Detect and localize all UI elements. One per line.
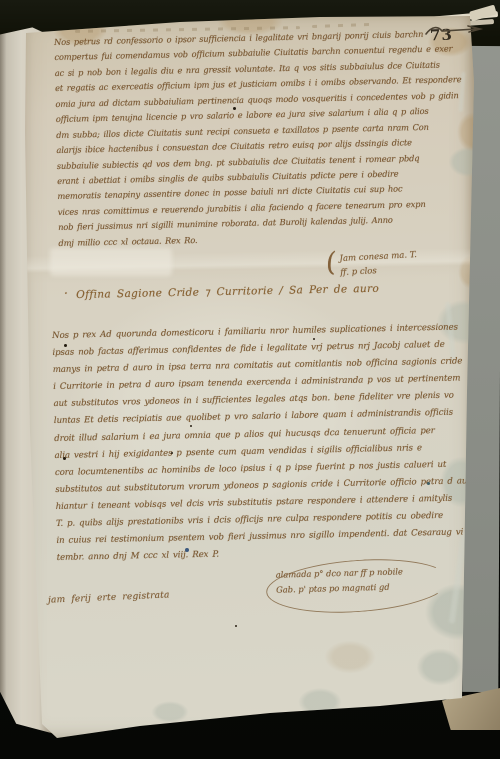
ink-blot (185, 548, 189, 552)
text-line: ff. p clos (340, 264, 418, 282)
ink-blot (171, 452, 173, 454)
ink-blot (235, 625, 237, 627)
entry2-text-block: Nos p rex Ad quorunda domesticoru i fami… (52, 322, 477, 570)
heading-bullet: · (64, 286, 68, 300)
registration-margin-note: Jam conesa ma. T. ff. p clos (339, 250, 418, 282)
pen-flourish (424, 22, 484, 41)
entry1-text-block: Nos petrus rd confessorio o ipsor suffic… (54, 28, 475, 253)
ink-blot (233, 107, 236, 110)
entry2-heading: ·Offina Sagione Cride ⁊ Curritorie / Sa … (64, 281, 379, 302)
ink-blot (64, 344, 67, 347)
manuscript-page: 73 Nos petrus rd confessorio o ipsor suf… (20, 12, 476, 744)
ink-blot (427, 482, 430, 485)
showthrough-marks (312, 23, 370, 28)
heading-text: Offina Sagione Cride ⁊ Curritorie / Sa P… (76, 283, 379, 301)
ink-blot (190, 425, 192, 427)
ink-blot (63, 457, 66, 460)
ink-blot (313, 338, 315, 340)
registration-note-bottom-left: jam ferij erte registrata (48, 590, 170, 605)
circled-note-bottom-right: alamada p° dco nar ff p nobile Gab. p' p… (276, 566, 404, 599)
manuscript-photo: 73 Nos petrus rd confessorio o ipsor suf… (0, 0, 500, 759)
